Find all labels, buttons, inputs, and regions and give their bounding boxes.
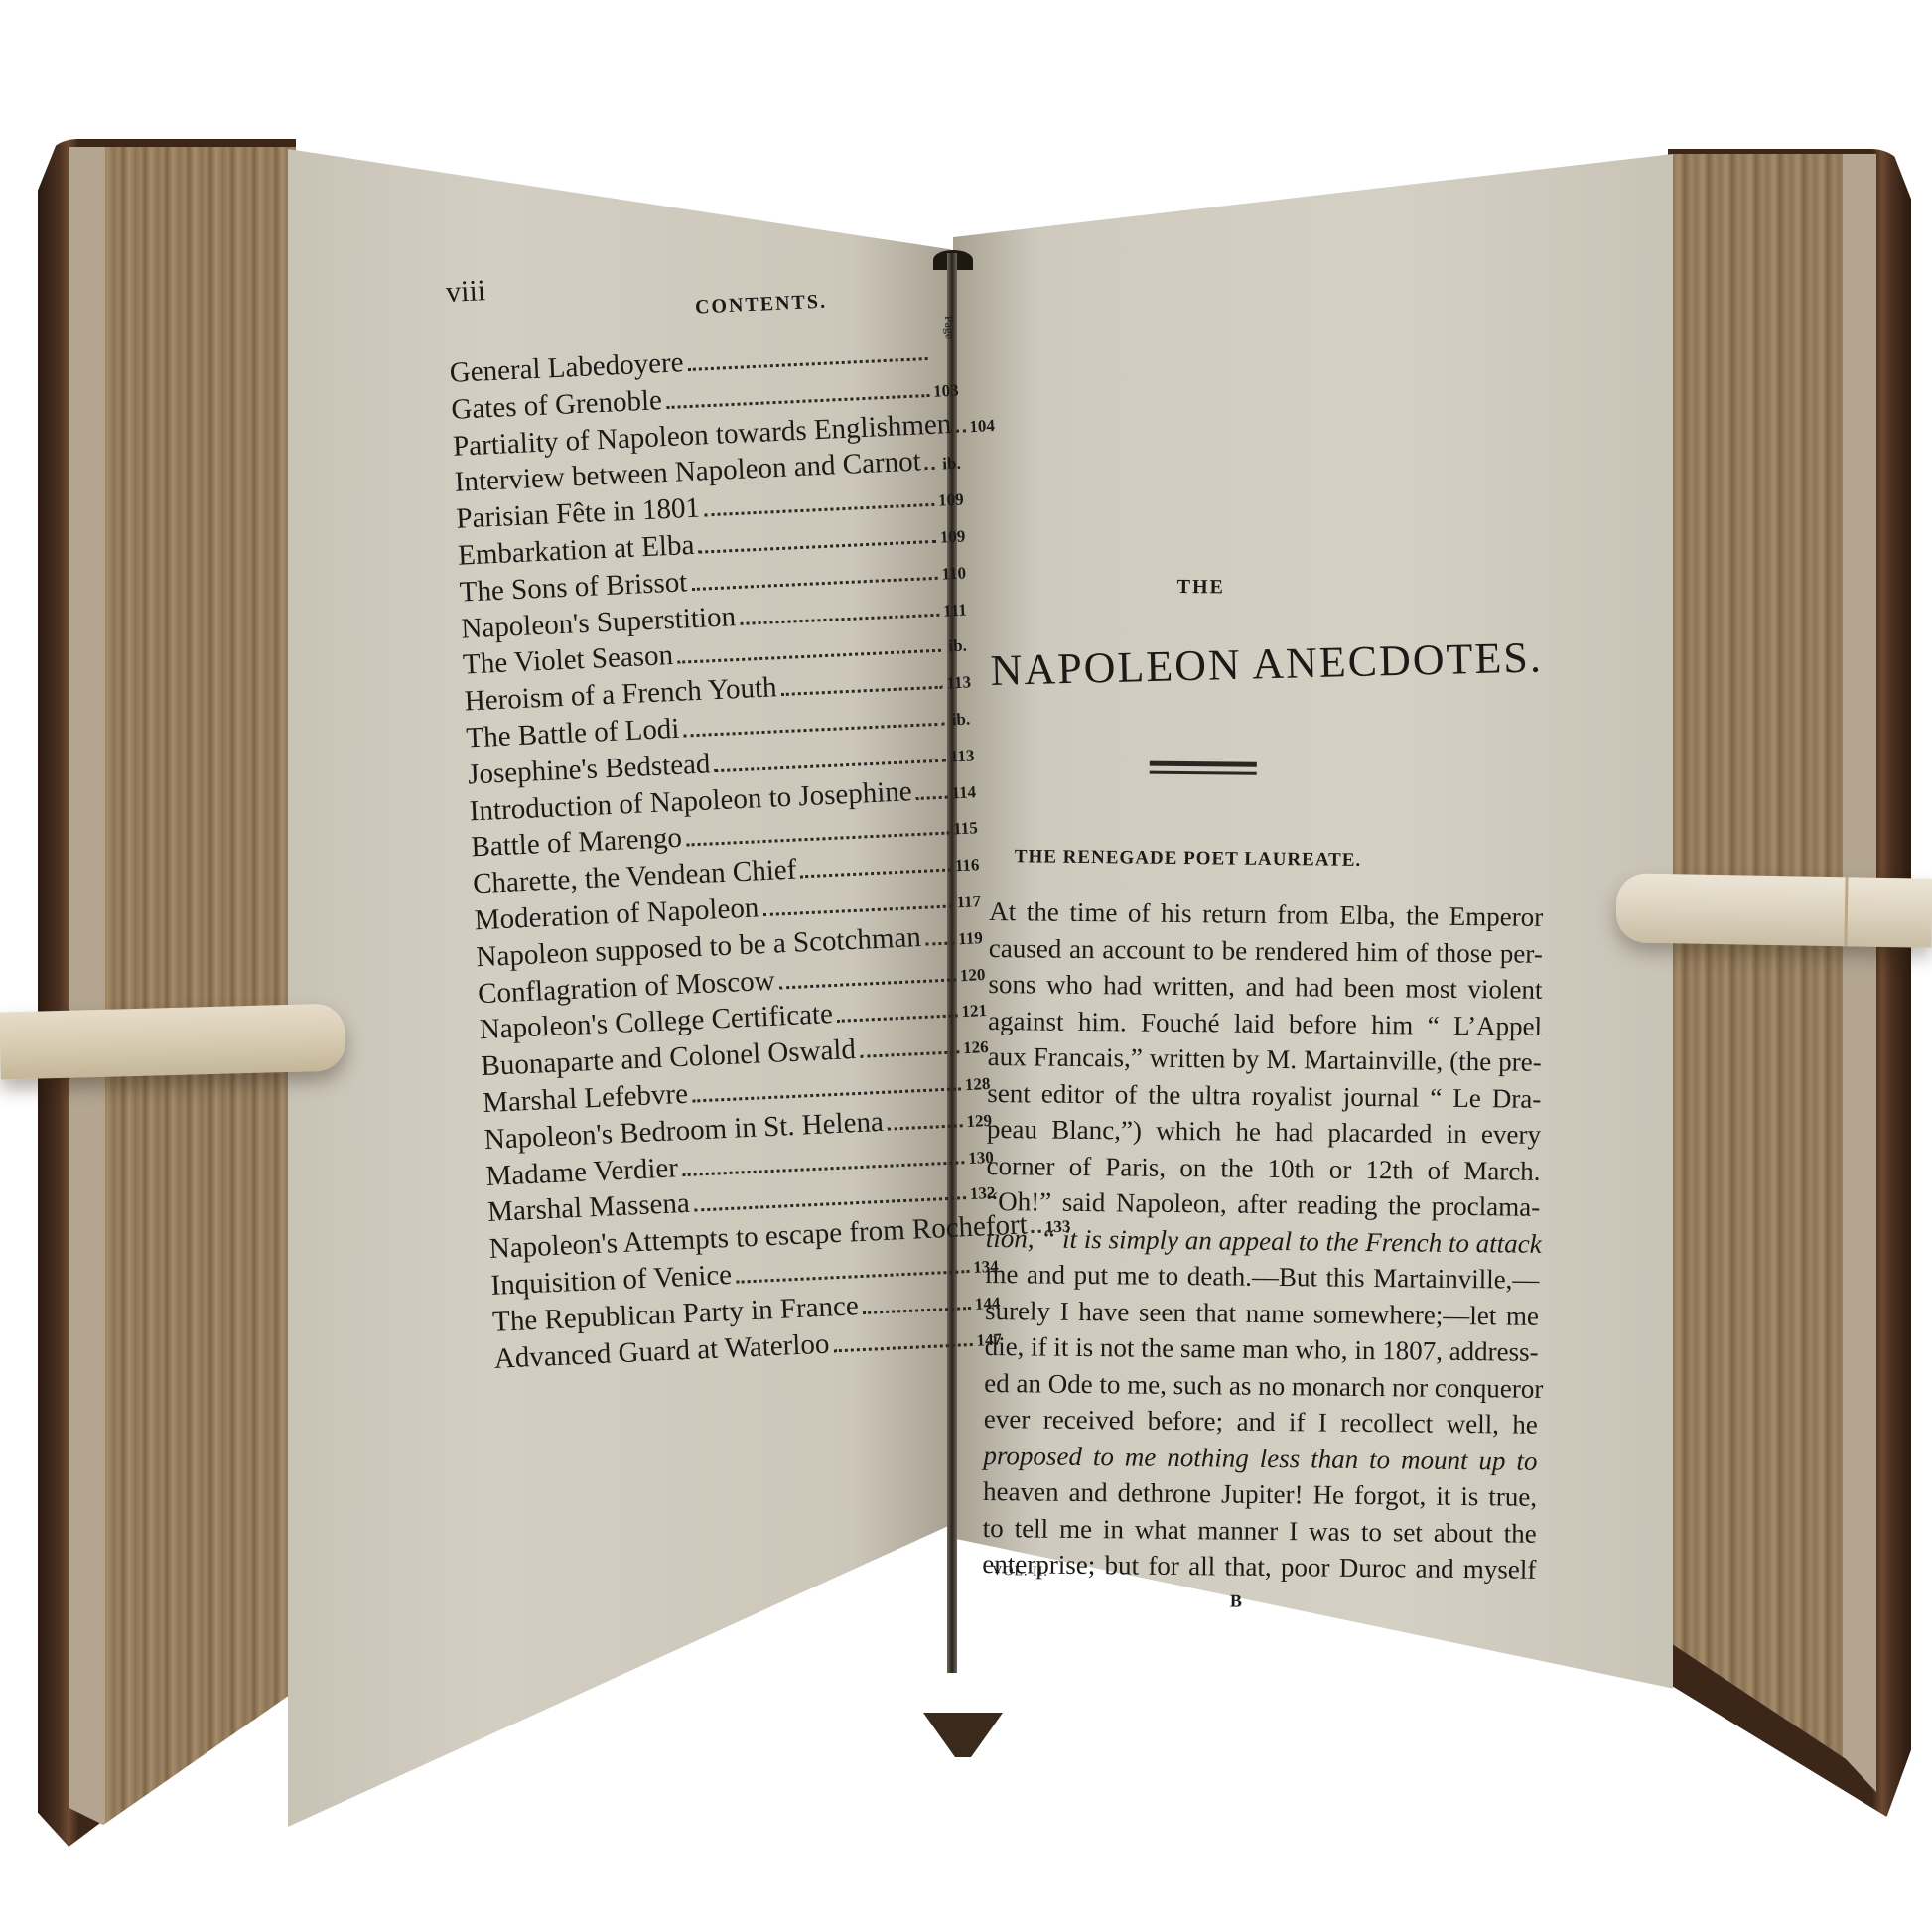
toc-entry-page: ib. — [948, 709, 971, 730]
toc-entry-page: 126 — [963, 1037, 986, 1058]
toc-leader-dots — [692, 1087, 961, 1102]
toc-leader-dots — [704, 503, 934, 517]
body-text-line: sons who had written, and had been most … — [988, 966, 1542, 1008]
toc-leader-dots — [691, 577, 937, 591]
toc-leader-dots — [916, 795, 948, 799]
toc-entry-page: ib. — [938, 454, 961, 475]
body-text-line: proposed to me nothing less than to moun… — [983, 1437, 1537, 1478]
body-text-line: against him. Fouché laid before him “ L’… — [988, 1002, 1542, 1043]
toc-leader-dots — [860, 1050, 959, 1058]
toc-leader-dots — [666, 394, 929, 409]
toc-leader-dots — [763, 904, 953, 916]
toc-entry-page: 110 — [941, 563, 964, 584]
volume-mark: VOL. II. — [992, 1564, 1048, 1581]
toc-entry-page: 128 — [964, 1074, 987, 1095]
toc-leader-dots — [736, 1270, 969, 1284]
toc-leader-dots — [925, 467, 935, 470]
body-text-line: ed an Ode to me, such as no monarch nor … — [984, 1364, 1538, 1406]
body-text-line: surely I have seen that name somewhere;—… — [985, 1292, 1539, 1333]
toc-leader-dots — [686, 832, 949, 847]
toc-entry-page: 113 — [949, 746, 972, 766]
toc-leader-dots — [694, 1196, 966, 1211]
toc-leader-dots — [699, 540, 937, 554]
body-text-line: At the time of his return from Elba, the… — [989, 894, 1543, 935]
toc-entry-page: 116 — [954, 855, 977, 876]
toc-entry-page: 120 — [959, 965, 982, 986]
toc-leader-dots — [801, 869, 952, 879]
signature-mark: B — [1230, 1591, 1242, 1612]
toc-entry-page: 114 — [951, 782, 974, 803]
page-edges-right — [1673, 154, 1876, 1792]
toc-leader-dots — [955, 429, 965, 432]
toc-entry-page: 103 — [933, 381, 956, 402]
toc-entry-page: 117 — [956, 892, 979, 912]
toc-entry-page: 109 — [938, 490, 961, 511]
toc-leader-dots — [715, 759, 946, 772]
toc-leader-dots — [682, 1161, 964, 1176]
page-folio: viii — [445, 274, 486, 310]
body-text-line: sent editor of the ultra royalist journa… — [987, 1074, 1541, 1116]
toc-leader-dots — [677, 649, 941, 664]
toc-leader-dots — [779, 978, 956, 989]
toc-leader-dots — [834, 1343, 973, 1352]
toc-leader-dots — [684, 723, 945, 738]
toc-entry-page: 119 — [958, 928, 981, 949]
toc-leader-dots — [781, 686, 943, 696]
body-text-line: tion, “ it is simply an appeal to the Fr… — [986, 1219, 1540, 1261]
chapter-title: THE RENEGADE POET LAUREATE. — [1015, 846, 1362, 872]
chapter-body: At the time of his return from Elba, the… — [982, 894, 1543, 1587]
body-text-line: aux Francais,” written by M. Martainvill… — [988, 1038, 1542, 1080]
toc-leader-dots — [863, 1307, 971, 1314]
photo-open-antique-book: viii CONTENTS. Page General LabedoyereGa… — [0, 0, 1932, 1932]
body-text-line: die, if it is not the same man who, in 1… — [984, 1328, 1538, 1370]
toc-leader-dots — [740, 613, 939, 624]
wooden-support-rod-left — [0, 1003, 346, 1079]
body-text-line: enterprise; but for all that, poor Duroc… — [982, 1546, 1536, 1587]
page-edges-left — [69, 147, 296, 1825]
toc-entry-page: ib. — [944, 636, 967, 657]
toc-entry-page: 113 — [946, 673, 969, 694]
toc-entry-page: 121 — [961, 1002, 984, 1023]
toc-entry-page: 109 — [939, 527, 962, 548]
toc-entry-page: 115 — [953, 819, 976, 840]
toc-entry-page: 104 — [969, 416, 992, 437]
body-text-line: heaven and dethrone Jupiter! He forgot, … — [983, 1473, 1537, 1515]
table-of-contents: General LabedoyereGates of Grenoble103Pa… — [449, 335, 999, 1379]
body-text-line: caused an account to be rendered him of … — [989, 929, 1543, 971]
spine-bottom — [923, 1713, 1003, 1757]
body-text-line: to tell me in what manner I was to set a… — [983, 1509, 1537, 1551]
toc-entry-page: 129 — [966, 1111, 989, 1132]
toc-leader-dots — [837, 1015, 958, 1024]
toc-entry-page: 111 — [943, 600, 966, 621]
toc-entry-page — [932, 359, 954, 360]
toc-leader-dots — [925, 941, 955, 945]
body-text-line: ever received before; and if I recollect… — [984, 1401, 1538, 1443]
body-text-line: me and put me to death.—But this Martain… — [985, 1256, 1539, 1298]
title-article: THE — [1177, 576, 1225, 600]
body-text-line: “Oh!” said Napoleon, after reading the p… — [986, 1183, 1540, 1225]
body-text-line: corner of Paris, on the 10th or 12th of … — [986, 1147, 1540, 1188]
body-text-line: peau Blanc,”) which he had placarded in … — [987, 1111, 1541, 1153]
wooden-support-rod-right — [1615, 873, 1932, 948]
toc-leader-dots — [888, 1124, 963, 1130]
toc-leader-dots — [688, 357, 928, 371]
